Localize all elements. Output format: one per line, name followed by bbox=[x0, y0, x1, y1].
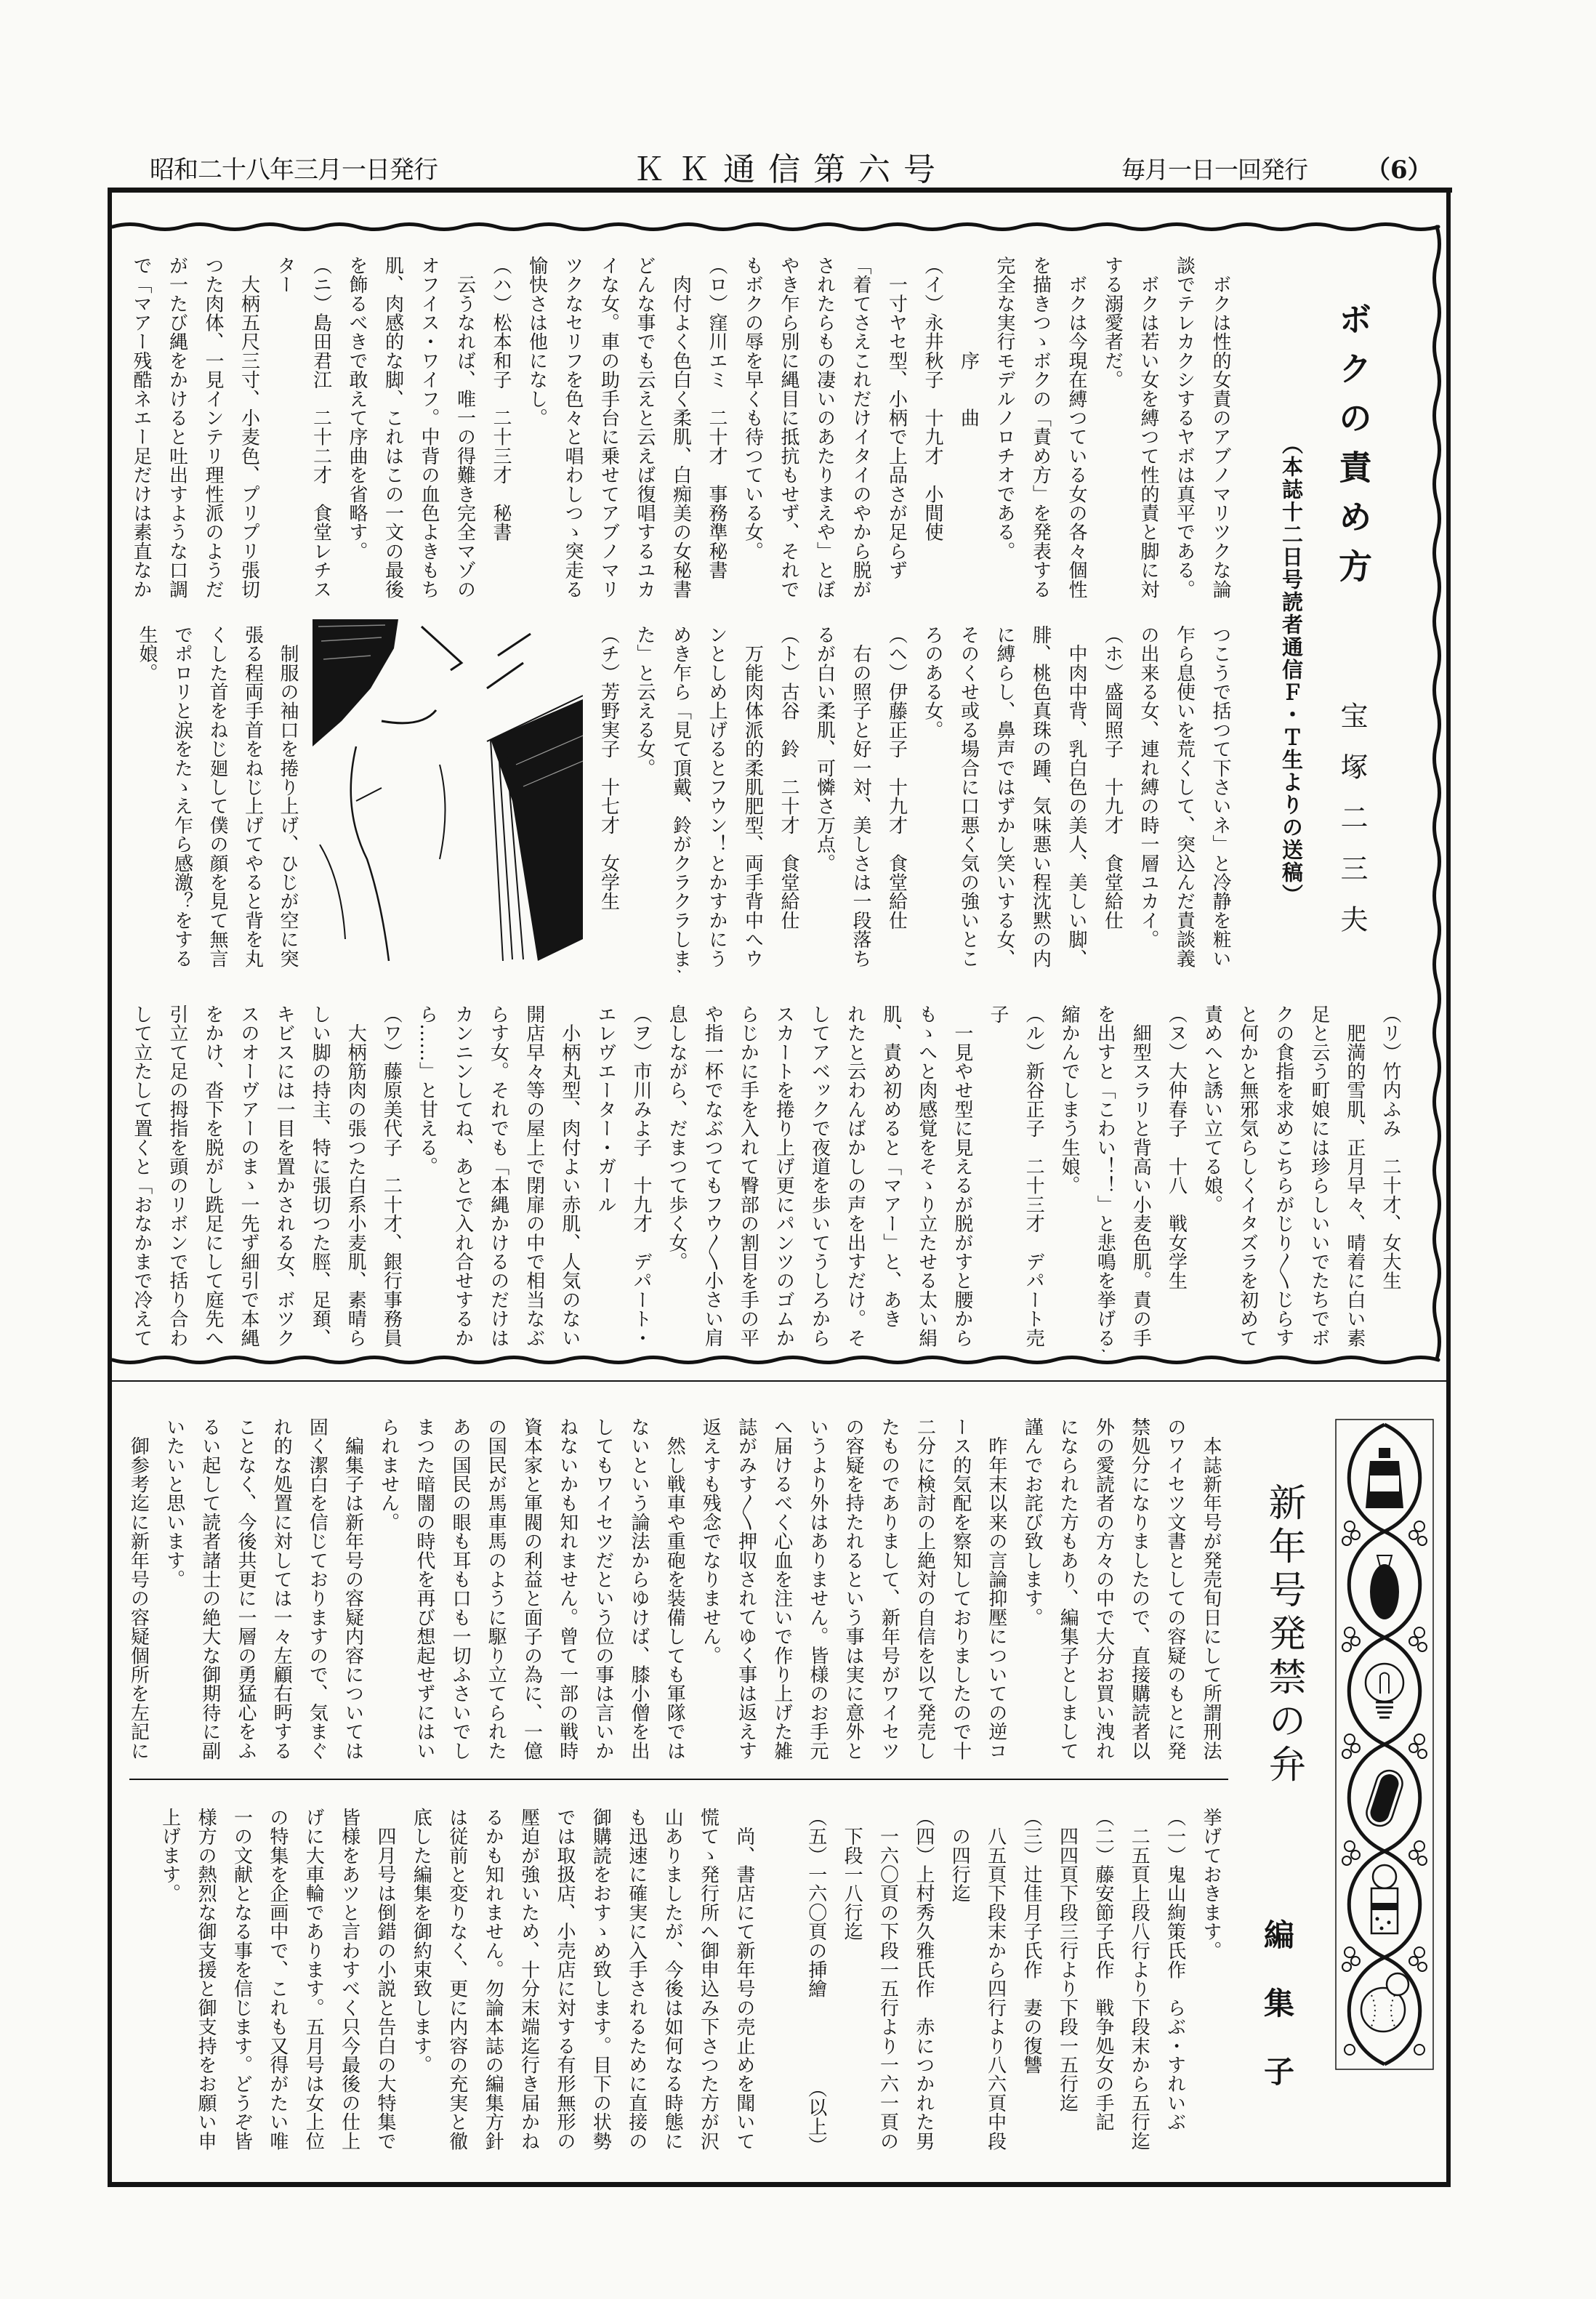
text-column: の容疑を持たれるという事は実に意外と bbox=[835, 1417, 871, 1765]
text-column: いうより外はありません。皆様のお手元 bbox=[799, 1417, 835, 1765]
figure-illustration bbox=[313, 619, 583, 991]
text-column: してもワイセツだという位の事は言いか bbox=[585, 1417, 621, 1765]
text-column: を飾るべきで敢えて序曲を省略す。 bbox=[339, 256, 375, 603]
text-column: 云うなれば、唯一の得難き完全マゾの bbox=[446, 256, 483, 603]
text-column: （ヲ）市川みよ子 十九才 デパート・ bbox=[623, 1004, 658, 1352]
text-column: してアベックで夜道を歩いてうしろから bbox=[801, 1004, 837, 1352]
text-column: 制服の袖口を捲り上げ、ひじが空に突 bbox=[270, 625, 306, 973]
text-column: 本誌新年号が発売旬日にして所謂刑法 bbox=[1193, 1417, 1228, 1765]
text-column: 慌てゝ発行所へ御申込み下さつた方が沢 bbox=[690, 1808, 725, 2155]
text-column: （三）辻佳月子氏作 妻の復讐 bbox=[1013, 1808, 1049, 2155]
text-column: たものでありまして、新年号がワイセツ bbox=[871, 1417, 906, 1765]
text-column: と何かと無邪気らしくイタズラを初めて bbox=[1230, 1004, 1265, 1352]
text-column: を描きつゝボクの「責め方」を発表する bbox=[1022, 256, 1058, 603]
text-column: 一見やせ型に見えるが脱がすと腰から bbox=[944, 1004, 980, 1352]
text-column: （ロ）窪川エミ 二十才 事務準秘書 bbox=[698, 256, 735, 603]
text-column: 御購読をおすゝめ致します。目下の状勢 bbox=[582, 1808, 618, 2155]
header-rule bbox=[108, 188, 1452, 193]
text-column: の特集を企画中で、これも又得がたい唯 bbox=[259, 1808, 294, 2155]
text-column: もボクの辱を早くも待つている女。 bbox=[734, 256, 770, 603]
text-column: 愉快さは他になし。 bbox=[518, 256, 555, 603]
text-column: 皆様をあツと言わすべく只今最後の仕上 bbox=[331, 1808, 366, 2155]
text-column: ボクは性的女責のアブノマリツクな論 bbox=[1202, 256, 1238, 603]
text-column: （ヌ）大仲春子 十八 戦女学生 bbox=[1158, 1004, 1193, 1352]
column-text: （五）一六〇頁の挿繪 bbox=[797, 1808, 833, 1998]
text-column: 然し戦車や重砲を装備しても軍隊では bbox=[656, 1417, 692, 1765]
text-column: でポロリと涙をたゝえ乍ら感激？をする bbox=[164, 625, 200, 973]
text-column: 返えすも残念でなりません。 bbox=[692, 1417, 728, 1765]
text-column: 壓迫が強いため、十分末端迄行き届かね bbox=[510, 1808, 546, 2155]
text-column: 編集子は新年号の容疑内容については bbox=[334, 1417, 370, 1765]
text-column: （ホ）盛岡照子 十九才 食堂給仕 bbox=[1094, 625, 1130, 973]
text-column: （ニ）島田君江 二十二才 食堂レチス bbox=[302, 256, 339, 603]
text-column: 二五頁上段八行より下段末から五行迄 bbox=[1121, 1808, 1156, 2155]
text-column: くした首をねじ廻して僕の顔を見て無言 bbox=[200, 625, 235, 973]
text-column: スカートを捲り上げ更にパンツのゴムか bbox=[765, 1004, 801, 1352]
text-column: るい起して読者諸士の絶大な御期待に副 bbox=[192, 1417, 227, 1765]
text-column: （リ）竹内ふみ 二十才、女大生 bbox=[1372, 1004, 1408, 1352]
text-column: ボクは若い女を縛つて性的責と脚に対 bbox=[1130, 256, 1166, 603]
text-column: まつた暗闇の時代を再び想起せずにはい bbox=[406, 1417, 442, 1765]
text-column: カンニンしてね、あとで入れ合せするか bbox=[444, 1004, 480, 1352]
article2-author: 編集子 bbox=[1259, 1919, 1295, 2124]
text-column: つこうで括つて下さいネ」と冷静を粧い bbox=[1202, 625, 1238, 973]
article2-tier-divider bbox=[129, 1779, 1228, 1780]
text-column: 四月号は倒錯の小説と告白の大特集で bbox=[367, 1808, 403, 2155]
text-column: をかけ、沓下を脱がし跣足にして庭先へ bbox=[195, 1004, 230, 1352]
text-column: 縮かんでしまう生娘。 bbox=[1051, 1004, 1087, 1352]
text-column: 生娘。 bbox=[129, 625, 165, 973]
text-column: 禁処分になりましたので、直接購読者以 bbox=[1121, 1417, 1156, 1765]
text-column: ことなく、今後共更に一層の勇猛心をふ bbox=[227, 1417, 263, 1765]
text-column: 挙げておきます。 bbox=[1193, 1808, 1228, 2155]
text-column: 右の照子と好一対、美しさは一段落ち bbox=[842, 625, 879, 973]
text-column: が一たび縄をかけると吐出すような口調 bbox=[158, 256, 195, 603]
text-column: れ的な処置に対しては一々左顧右眄する bbox=[263, 1417, 299, 1765]
text-column: 足と云う町娘には珍らしいいでたちでボ bbox=[1301, 1004, 1337, 1352]
text-column: 中肉中背、乳白色の美人、美しい脚、 bbox=[1058, 625, 1095, 973]
text-column: ース的気配を察知しておりましたので十 bbox=[943, 1417, 978, 1765]
text-column: 肉付よく色白く柔肌、白痴美の女秘書 bbox=[662, 256, 698, 603]
text-column: いたいと思います。 bbox=[156, 1417, 191, 1765]
text-column: 二分に検討の上絶対の自信を以て発売し bbox=[906, 1417, 942, 1765]
issue-date: 昭和二十八年三月一日発行 bbox=[150, 151, 438, 189]
text-column: るかも知れません。勿論本誌の編集方針 bbox=[475, 1808, 510, 2155]
text-column: 「着てさえこれだけイタイのやから脱が bbox=[842, 256, 879, 603]
text-column: ろのある女。 bbox=[914, 625, 951, 973]
slipper-icon bbox=[1363, 1767, 1406, 1829]
text-column: 引立て足の拇指を頭のリボンで括り合わ bbox=[159, 1004, 195, 1352]
text-column: も迅速に確実に入手されるために直接の bbox=[618, 1808, 653, 2155]
kokeshi-doll-icon bbox=[1371, 1865, 1398, 1933]
text-column: イな女。車の助手台に乗せてアブノマリ bbox=[590, 256, 626, 603]
text-column: 山ありましたが、今後は如何なる時態に bbox=[654, 1808, 690, 2155]
text-column: 序 曲 bbox=[950, 256, 986, 603]
article1-title: ボクの責め方 bbox=[1331, 302, 1375, 598]
text-column: 腓、桃色真珠の踵、気味悪い程沈黙の内 bbox=[1022, 625, 1058, 973]
text-column: では取扱店、小売店に対する有形無形の bbox=[547, 1808, 582, 2155]
text-column: 資本家と軍閥の利益と面子の為に、一億 bbox=[513, 1417, 549, 1765]
text-column: （イ）永井秋子 十九才 小間使 bbox=[914, 256, 951, 603]
text-column: 息しながら、だまつて歩く女。 bbox=[658, 1004, 694, 1352]
publication-title: ＫＫ通信第六号 bbox=[633, 151, 948, 189]
text-column: 八五頁下段末から四行より八六頁中段 bbox=[977, 1808, 1012, 2155]
text-column: （ヘ）伊藤正子 十九才 食堂給仕 bbox=[878, 625, 914, 973]
text-column: 万能肉体派的柔肌肥型、両手背中へウ bbox=[734, 625, 770, 973]
decorative-border bbox=[1334, 1417, 1435, 2071]
text-column: 尚、書店にて新年号の売止めを聞いて bbox=[726, 1808, 762, 2155]
text-column: 四四頁下段三行より下段一五行迄 bbox=[1049, 1808, 1084, 2155]
text-column: に縛らし、鼻声ではずかし笑いする女、 bbox=[986, 625, 1023, 973]
article1-tier2-right: つこうで括つて下さいネ」と冷静を粧い乍ら息使いを荒くして、突込んだ責談義の出来る… bbox=[590, 625, 1238, 973]
text-column: を出すと「こわい！！」と悲鳴を挙げると bbox=[1087, 1004, 1122, 1352]
text-column: 小柄丸型、肉付よい赤肌、人気のない bbox=[552, 1004, 587, 1352]
text-column: 様方の熱烈な御支援と御支持をお願い申 bbox=[188, 1808, 223, 2155]
text-column: （チ）芳野実子 十七才 女学生 bbox=[590, 625, 626, 973]
text-column: らじかに手を入れて臀部の割目を手の平 bbox=[730, 1004, 765, 1352]
text-column: 肌、責め初めると「マアー」と、あき bbox=[873, 1004, 908, 1352]
page-number: （6） bbox=[1366, 151, 1432, 189]
text-column: （ワ）藤原美代子 二十才、銀行事務員 bbox=[373, 1004, 408, 1352]
article2-title: 新年号発禁の弁 bbox=[1262, 1483, 1305, 1788]
frame-right bbox=[1446, 188, 1451, 2186]
article1-author: 宝塚二三夫 bbox=[1334, 701, 1369, 956]
baseball-icon bbox=[1361, 1973, 1408, 2032]
text-column: キビスには一目を置かされる女、ボツク bbox=[266, 1004, 302, 1352]
lightbulb-icon bbox=[1366, 1664, 1403, 1718]
article2-tier1: 本誌新年号が発売旬日にして所謂刑法のワイセツ文書としての容疑のもとに発禁処分にな… bbox=[120, 1417, 1228, 1765]
text-column: 肌、肉感的な脚、これはこの一文の最後 bbox=[374, 256, 411, 603]
text-column: 底した編集を御約束致します。 bbox=[403, 1808, 438, 2155]
frame-left bbox=[108, 188, 112, 2186]
text-column: （四）上村秀久雅氏作 赤につかれた男 bbox=[905, 1808, 940, 2155]
text-column: ねないかも知れません。曾て一部の戦時 bbox=[549, 1417, 584, 1765]
article-separator bbox=[109, 1380, 1448, 1382]
text-column: げに大車輪であります。五月号は女上位 bbox=[295, 1808, 331, 2155]
article1-subtitle: （本誌十二日号読者通信Ｆ・Ｔ生よりの送稿） bbox=[1278, 433, 1305, 906]
publication-frequency: 毎月一日一回発行 bbox=[1121, 151, 1307, 189]
text-column: 御参考迄に新年号の容疑個所を左記に bbox=[120, 1417, 156, 1765]
text-column: しい脚の持主、特に張切つた脛、足頚、 bbox=[302, 1004, 337, 1352]
text-column: ター bbox=[267, 256, 303, 603]
text-column: 肥満的雪肌、正月早々、晴着に白い素 bbox=[1337, 1004, 1372, 1352]
text-column: どんな事でも云えと云えば復唱するユカ bbox=[626, 256, 663, 603]
text-column: 開店早々等の屋上で閉扉の中で相当なぶ bbox=[516, 1004, 552, 1352]
text-column: の四行迄 bbox=[941, 1808, 977, 2155]
text-column: で「マアー残酷ネエー足だけは素直なか bbox=[123, 256, 159, 603]
text-column: ンとしめ上げるとフウン！とかすかにう bbox=[698, 625, 735, 973]
text-column: や指一杯でなぶつてもフウ〳〵小さい肩 bbox=[694, 1004, 730, 1352]
text-column: ツクなセリフを色々と唱わしつゝ突走る bbox=[555, 256, 591, 603]
text-column: 大柄筋肉の張つた白系小麦肌、素晴ら bbox=[337, 1004, 373, 1352]
text-column: 一六〇頁の下段一五行より一六一頁の bbox=[869, 1808, 905, 2155]
text-column: そのくせ或る場合に口悪く気の強いとこ bbox=[950, 625, 986, 973]
text-column: する溺愛者だ。 bbox=[1094, 256, 1130, 603]
text-column: （ハ）松本和子 二十三才 秘書 bbox=[483, 256, 519, 603]
text-column: 談でテレカクシするヤボは真平である。 bbox=[1166, 256, 1202, 603]
text-column: やき乍ら別に縄目に抵抗もせず、それで bbox=[770, 256, 807, 603]
text-column: へ届けるべく心血を注いで作り上げた雑 bbox=[764, 1417, 799, 1765]
text-column: るが白い柔肌、可憐さ万点。 bbox=[806, 625, 842, 973]
article1-tier2-left: 制服の袖口を捲り上げ、ひじが空に突張る程両手首をねじ上げてやると背を丸くした首を… bbox=[129, 625, 306, 973]
column-end-note: （以上） bbox=[797, 2079, 833, 2155]
text-column: 一寸ヤセ型、小柄で上品さが足らず bbox=[878, 256, 914, 603]
text-column: して立たして置くと「おなかまで冷えて bbox=[124, 1004, 159, 1352]
text-column: 昨年末以来の言論抑壓についての逆コ bbox=[978, 1417, 1014, 1765]
text-column: （二）藤安節子氏作 戦争処女の手記 bbox=[1084, 1808, 1120, 2155]
text-column: 完全な実行モデルノロチオである。 bbox=[986, 256, 1023, 603]
bottle-icon bbox=[1366, 1448, 1403, 1508]
text-column: は従前と変りなく、更に内容の充実と徹 bbox=[438, 1808, 474, 2155]
text-column: ボクは今現在縛つている女の各々個性 bbox=[1058, 256, 1095, 603]
text-column: もゝへと肉感覚をそゝり立たせる太い絹 bbox=[908, 1004, 944, 1352]
article1-tier3: （リ）竹内ふみ 二十才、女大生 肥満的雪肌、正月早々、晴着に白い素足と云う町娘に… bbox=[124, 1004, 1408, 1352]
text-column: 誌がみす〳〵押収されてゆく事は返えす bbox=[728, 1417, 763, 1765]
text-column: （ト）古谷 鈴 二十才 食堂給仕 bbox=[770, 625, 807, 973]
eggplant-icon bbox=[1370, 1555, 1399, 1619]
frame-bottom bbox=[108, 2182, 1451, 2187]
text-column: 細型スラリと背高い小麦色肌。責の手 bbox=[1122, 1004, 1158, 1352]
text-column: になられた方もあり、編集子としまして bbox=[1049, 1417, 1085, 1765]
text-column: 一の文献となる事を信じます。どうぞ皆 bbox=[223, 1808, 259, 2155]
text-column: めき乍ら「見て頂戴、鈴がクラクラしまし bbox=[662, 625, 698, 973]
flower-cluster-icon bbox=[1342, 1521, 1427, 2055]
text-column: た」と云える女。 bbox=[626, 625, 663, 973]
text-column: 責めへと誘い立てる娘。 bbox=[1193, 1004, 1229, 1352]
text-column: の出来る女、連れ縛の時一層ユカイ。 bbox=[1130, 625, 1166, 973]
text-column: エレヴエーター・ガール bbox=[587, 1004, 623, 1352]
text-column: （一）鬼山絢策氏作 らぶ・すれいぶ bbox=[1156, 1808, 1192, 2155]
text-column: ないという論法からゆけば、膝小僧を出 bbox=[621, 1417, 656, 1765]
text-column: （ル）新谷正子 二十三才 デパート売 bbox=[1015, 1004, 1051, 1352]
text-column: 謹んでお詫び致します。 bbox=[1014, 1417, 1049, 1765]
text-column: 下段一八行迄 bbox=[834, 1808, 869, 2155]
text-column: つた肉体、一見インテリ理性派のようだ bbox=[195, 256, 231, 603]
article1-tier1: ボクは性的女責のアブノマリツクな論談でテレカクシするヤボは真平である。 ボクは若… bbox=[123, 256, 1238, 603]
text-column: 大柄五尺三寸、小麦色、プリプリ張切 bbox=[230, 256, 267, 603]
text-column: オフイス・ワイフ。中背の血色よきもち bbox=[411, 256, 447, 603]
article2-tier2: 挙げておきます。（一）鬼山絢策氏作 らぶ・すれいぶ 二五頁上段八行より下段末から… bbox=[151, 1808, 1228, 2155]
text-column: クの食指を求めこちらがじり〳〵じらす bbox=[1265, 1004, 1301, 1352]
text-column: されたらもの凄いのあたりまえや」とぼ bbox=[806, 256, 842, 603]
text-column: 外の愛読者の方々の中で大分お買い洩れ bbox=[1085, 1417, 1121, 1765]
text-column: スのオーヴアーのまゝ一先ず細引で本縄 bbox=[230, 1004, 266, 1352]
text-column: 固く潔白を信じておりますので、気まぐ bbox=[299, 1417, 334, 1765]
text-column: られません。 bbox=[371, 1417, 406, 1765]
text-column: 上げます。 bbox=[151, 1808, 187, 2155]
text-column bbox=[762, 1808, 797, 2155]
text-column: れたと云わんばかしの声を出すだけ。そ bbox=[837, 1004, 873, 1352]
text-column: 乍ら息使いを荒くして、突込んだ責談義 bbox=[1166, 625, 1202, 973]
text-column: らす女。それでも「本縄かけるのだけは bbox=[480, 1004, 516, 1352]
text-column: の国民が馬車馬のように駆り立てられた bbox=[477, 1417, 513, 1765]
text-column: あの国民の眼も耳も口も一切ふさいでし bbox=[442, 1417, 477, 1765]
text-column: ら……」と甘える。 bbox=[408, 1004, 444, 1352]
text-column: （五）一六〇頁の挿繪（以上） bbox=[797, 1808, 833, 2155]
text-column: のワイセツ文書としての容疑のもとに発 bbox=[1157, 1417, 1193, 1765]
text-column: 子 bbox=[980, 1004, 1015, 1352]
text-column: 張る程両手首をねじ上げてやると背を丸 bbox=[235, 625, 270, 973]
